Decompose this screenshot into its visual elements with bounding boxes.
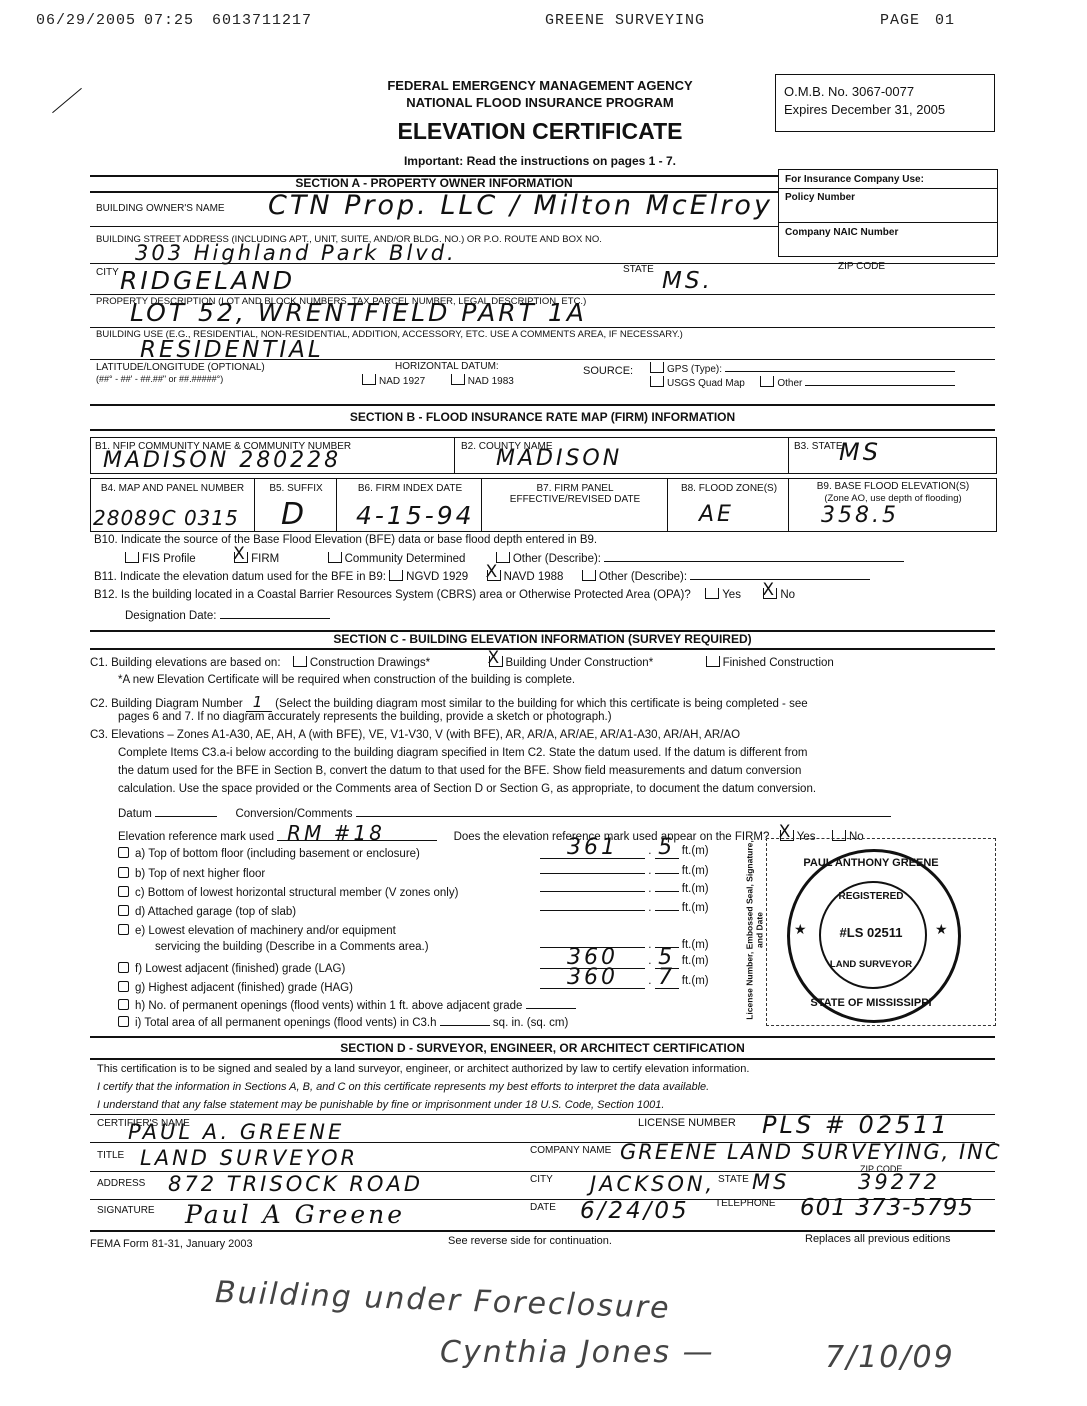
omb-number: O.M.B. No. 3067-0077 [784, 84, 914, 99]
usgs-checkbox[interactable] [650, 376, 664, 387]
horizontal-datum-label: HORIZONTAL DATUM: [395, 361, 499, 372]
seal-box: PAUL ANTHONY GREENE REGISTERED #LS 02511… [766, 838, 996, 1026]
state-field[interactable]: MS. [662, 268, 713, 294]
agency-name: FEDERAL EMERGENCY MANAGEMENT AGENCY [340, 78, 740, 93]
fax-sender: GREENE SURVEYING [545, 12, 705, 29]
navd1988-checkbox[interactable] [487, 570, 501, 581]
foreclosure-note: Building under Foreclosure [215, 1275, 672, 1326]
b4-field[interactable]: 28089C 0315 [93, 506, 239, 530]
zip-field-d[interactable]: 39272 [858, 1170, 940, 1194]
b10-other-label: Other (Describe): [513, 553, 601, 565]
b7-label: B7. FIRM PANEL EFFECTIVE/REVISED DATE [485, 483, 665, 505]
section-a-title: SECTION A - PROPERTY OWNER INFORMATION [90, 176, 778, 190]
erm-label: Elevation reference mark used [118, 831, 274, 843]
date-field[interactable]: 6/24/05 [580, 1198, 690, 1224]
cbrs-no-checkbox[interactable] [763, 588, 777, 599]
unit-a: ft.(m) [682, 845, 709, 857]
b9-label: B9. BASE FLOOD ELEVATION(S) [791, 481, 995, 492]
c2-instructions-2: pages 6 and 7. If no diagram accurately … [118, 711, 612, 723]
conversion-label: Conversion/Comments [235, 808, 352, 820]
designation-field[interactable] [220, 618, 330, 619]
policy-number-label: Policy Number [785, 192, 855, 203]
elev-d-decimal[interactable] [655, 898, 679, 911]
fax-phone: 6013711217 [212, 12, 312, 29]
seal-outer-top: PAUL ANTHONY GREENE [787, 857, 955, 869]
b6-label: B6. FIRM INDEX DATE [343, 483, 477, 494]
item-d-checkbox[interactable] [118, 905, 129, 916]
b3-label: B3. STATE [794, 441, 843, 452]
designation-label: Designation Date: [125, 610, 216, 622]
replaces-note: Replaces all previous editions [805, 1233, 951, 1245]
usgs-option: USGS Quad Map Other [650, 376, 955, 389]
address-field-d[interactable]: 872 TRISOCK ROAD [168, 1172, 423, 1196]
certification-p1: This certification is to be signed and s… [97, 1063, 749, 1075]
instructions-note: Important: Read the instructions on page… [340, 154, 740, 168]
usgs-label: USGS Quad Map [667, 378, 745, 389]
b8-field[interactable]: AE [699, 502, 734, 527]
section-b-title: SECTION B - FLOOD INSURANCE RATE MAP (FI… [90, 410, 995, 424]
c3-line-2: Complete Items C3.a-i below according to… [118, 747, 808, 759]
b8-label: B8. FLOOD ZONE(S) [673, 483, 785, 494]
insurance-use-box: For Insurance Company Use: Policy Number… [778, 169, 998, 257]
item-f-checkbox[interactable] [118, 962, 129, 973]
elev-a-whole[interactable]: 361 [540, 838, 645, 859]
state-field-d[interactable]: MS [752, 1170, 789, 1194]
b4-label: B4. MAP AND PANEL NUMBER [95, 483, 250, 494]
section-c-title: SECTION C - BUILDING ELEVATION INFORMATI… [90, 632, 995, 646]
section-d-title: SECTION D - SURVEYOR, ENGINEER, OR ARCHI… [90, 1041, 995, 1055]
program-name: NATIONAL FLOOD INSURANCE PROGRAM [340, 95, 740, 110]
source-label: SOURCE: [583, 365, 633, 377]
b4-b9-row: B4. MAP AND PANEL NUMBER 28089C 0315 B5.… [90, 478, 997, 532]
finished-construction-checkbox[interactable] [706, 656, 720, 667]
c3-item-g: g) Highest adjacent (finished) grade (HA… [118, 981, 353, 994]
seal-outer-bottom: STATE OF MISSISSIPPI [787, 997, 955, 1009]
city-label: CITY [96, 267, 119, 278]
c3-line-3: the datum used for the BFE in Section B,… [118, 765, 801, 777]
elev-d-whole[interactable] [540, 898, 645, 911]
elevation-values: 361 . 5 ft.(m) . ft.(m) . ft.(m) . ft.(m… [540, 838, 730, 998]
datum-label: Datum [118, 808, 152, 820]
b9-field[interactable]: 358.5 [821, 503, 899, 528]
construction-drawings-checkbox[interactable] [293, 656, 307, 667]
fis-profile-label: FIS Profile [142, 553, 196, 565]
cbrs-yes-label: Yes [722, 589, 741, 601]
state-label-d: STATE [718, 1174, 749, 1185]
certifier-field[interactable]: PAUL A. GREENE [128, 1120, 344, 1144]
c3-item-d: d) Attached garage (top of slab) [118, 905, 296, 918]
nad1983-checkbox[interactable] [451, 374, 465, 385]
nad1927-checkbox[interactable] [362, 374, 376, 385]
navd1988-label: NAVD 1988 [504, 571, 564, 583]
owner-field[interactable]: CTN Prop. LLC / Milton McElroy [268, 190, 773, 221]
b11-other-checkbox[interactable] [582, 570, 596, 581]
form-number: FEMA Form 81-31, January 2003 [90, 1238, 253, 1250]
omb-box: O.M.B. No. 3067-0077 Expires December 31… [775, 74, 995, 132]
c3-item-e: e) Lowest elevation of machinery and/or … [118, 924, 396, 937]
c3-line-1: C3. Elevations – Zones A1-A30, AE, AH, A… [90, 729, 740, 741]
fax-page-number: 01 [935, 12, 955, 29]
community-determined-label: Community Determined [345, 553, 466, 565]
fax-date: 06/29/2005 [36, 12, 136, 29]
unit-b: ft.(m) [682, 865, 709, 877]
unit-c: ft.(m) [682, 883, 709, 895]
latlong-format: (##° - ##' - ##.##" or ##.#####°) [96, 374, 223, 384]
unit-g: ft.(m) [682, 975, 709, 987]
telephone-field[interactable]: 601 373-5795 [800, 1195, 974, 1221]
c2-instructions: (Select the building diagram most simila… [275, 698, 807, 710]
b2-field[interactable]: MADISON [496, 446, 622, 471]
item-g-checkbox[interactable] [118, 981, 129, 992]
company-field[interactable]: GREENE LAND SURVEYING, INC [620, 1140, 1002, 1164]
designation-row: Designation Date: [125, 610, 330, 622]
cbrs-yes-checkbox[interactable] [705, 588, 719, 599]
under-construction-label: Building Under Construction* [506, 657, 654, 669]
c1-question: C1. Building elevations are based on: [90, 657, 281, 669]
certification-p3: I understand that any false statement ma… [97, 1099, 664, 1111]
community-determined-checkbox[interactable] [328, 552, 342, 563]
item-c-checkbox[interactable] [118, 886, 129, 897]
omb-expires: Expires December 31, 2005 [784, 102, 945, 117]
company-label: COMPANY NAME [530, 1145, 611, 1156]
item-g-label: g) Highest adjacent (finished) grade (HA… [135, 982, 353, 994]
ngvd1929-label: NGVD 1929 [406, 571, 468, 583]
c1-row: C1. Building elevations are based on: Co… [90, 656, 834, 669]
elev-c-whole[interactable] [540, 879, 645, 892]
fis-profile-checkbox[interactable] [125, 552, 139, 563]
seal-side-label: License Number, Embossed Seal, Signature… [745, 838, 765, 1023]
signature-field[interactable]: Paul A Greene [185, 1200, 405, 1229]
stray-mark [52, 88, 82, 113]
city-field[interactable]: RIDGELAND [120, 266, 295, 295]
b11-question: B11. Indicate the elevation datum used f… [94, 571, 386, 583]
b5-label: B5. SUFFIX [259, 483, 333, 494]
license-label: LICENSE NUMBER [638, 1117, 736, 1129]
b10-options: FIS Profile FIRM Community Determined Ot… [125, 552, 904, 565]
signature-label: SIGNATURE [97, 1205, 155, 1216]
zip-label: ZIP CODE [838, 261, 885, 272]
item-i-unit: sq. in. (sq. cm) [493, 1017, 568, 1029]
c2-field[interactable]: 1 [246, 693, 272, 712]
under-construction-checkbox[interactable] [489, 656, 503, 667]
b3-field[interactable]: MS [839, 438, 881, 466]
datum-field[interactable] [155, 816, 217, 817]
form-title: ELEVATION CERTIFICATE [340, 118, 740, 145]
erm-field[interactable]: RM #18 [277, 826, 437, 841]
date-label: DATE [530, 1202, 556, 1213]
b10-other-checkbox[interactable] [496, 552, 510, 563]
datum-row: Datum Conversion/Comments [118, 808, 891, 820]
b12-question: B12. Is the building located in a Coasta… [94, 589, 691, 601]
gps-option: GPS (Type): [650, 362, 955, 375]
property-field[interactable]: LOT 52, WRENTFIELD PART 1A [130, 298, 587, 327]
c3-item-a: a) Top of bottom floor (including baseme… [118, 847, 420, 860]
item-b-checkbox[interactable] [118, 867, 129, 878]
annotation-date: 7/10/09 [825, 1340, 955, 1375]
elev-a-decimal[interactable]: 5 [655, 838, 679, 859]
unit-f: ft.(m) [682, 955, 709, 967]
item-d-label: d) Attached garage (top of slab) [135, 906, 296, 918]
owner-label: BUILDING OWNER'S NAME [96, 203, 225, 214]
insurance-use-label: For Insurance Company Use: [785, 174, 924, 185]
finished-construction-label: Finished Construction [723, 657, 834, 669]
b5-field[interactable]: D [281, 497, 307, 532]
b1-b3-row: B1. NFIP COMMUNITY NAME & COMMUNITY NUMB… [90, 437, 997, 474]
item-i-field[interactable] [440, 1025, 490, 1026]
item-e-label: e) Lowest elevation of machinery and/or … [135, 925, 396, 937]
elev-c-decimal[interactable] [655, 879, 679, 892]
item-b-label: b) Top of next higher floor [135, 868, 265, 880]
c3-item-b: b) Top of next higher floor [118, 867, 265, 880]
b12-row: B12. Is the building located in a Coasta… [94, 588, 795, 601]
c2-row: C2. Building Diagram Number 1 (Select th… [90, 693, 808, 712]
firm-label: FIRM [251, 553, 279, 565]
fax-time: 07:25 [144, 12, 194, 29]
certification-p2: I certify that the information in Sectio… [97, 1081, 709, 1093]
address-label-d: ADDRESS [97, 1178, 145, 1189]
item-c-label: c) Bottom of lowest horizontal structura… [135, 887, 458, 899]
continuation-note: See reverse side for continuation. [448, 1235, 612, 1247]
c3-item-e-cont: servicing the building (Describe in a Co… [155, 941, 429, 953]
item-a-label: a) Top of bottom floor (including baseme… [135, 848, 420, 860]
telephone-label: TELEPHONE [715, 1198, 776, 1209]
nad1927-label: NAD 1927 [379, 376, 425, 387]
title-field[interactable]: LAND SURVEYOR [140, 1146, 358, 1170]
elev-b-whole[interactable] [540, 861, 645, 874]
elev-b-decimal[interactable] [655, 861, 679, 874]
c3-item-i: i) Total area of all permanent openings … [118, 1016, 568, 1029]
item-h-checkbox[interactable] [118, 999, 129, 1010]
b11-row: B11. Indicate the elevation datum used f… [94, 570, 870, 583]
fax-page-label: PAGE [880, 12, 920, 29]
latlong-label: LATITUDE/LONGITUDE (OPTIONAL) [96, 362, 265, 373]
item-i-checkbox[interactable] [118, 1016, 129, 1027]
item-h-label: h) No. of permanent openings (flood vent… [135, 1000, 522, 1012]
cbrs-no-label: No [780, 589, 795, 601]
c3-line-4: calculation. Use the space provided or t… [118, 783, 816, 795]
firm-checkbox[interactable] [234, 552, 248, 563]
b1-field[interactable]: MADISON 280228 [103, 448, 341, 473]
gps-label: GPS (Type): [667, 364, 722, 375]
item-i-label: i) Total area of all permanent openings … [135, 1017, 437, 1029]
item-h-field[interactable] [526, 1008, 576, 1009]
gps-checkbox[interactable] [650, 362, 664, 373]
other-source-label: Other [777, 378, 802, 389]
state-label: STATE [623, 264, 654, 275]
title-label: TITLE [97, 1150, 124, 1161]
c1-note: *A new Elevation Certificate will be req… [118, 674, 575, 686]
city-field-d[interactable]: JACKSON, [590, 1172, 715, 1196]
seal-number: #LS 02511 [819, 925, 923, 940]
unit-d: ft.(m) [682, 902, 709, 914]
other-source-checkbox[interactable] [760, 376, 774, 387]
c2-label: C2. Building Diagram Number [90, 698, 243, 710]
elev-g-whole[interactable]: 360 [540, 968, 645, 989]
seal-side-label-wrap: License Number, Embossed Seal, Signature… [732, 840, 766, 1025]
city-label-d: CITY [530, 1174, 553, 1185]
construction-drawings-label: Construction Drawings* [310, 657, 430, 669]
item-f-label: f) Lowest adjacent (finished) grade (LAG… [135, 963, 345, 975]
b10-question: B10. Indicate the source of the Base Flo… [94, 534, 597, 546]
nad1983-label: NAD 1983 [468, 376, 514, 387]
annotation-signature: Cynthia Jones — [440, 1335, 715, 1370]
ngvd1929-checkbox[interactable] [389, 570, 403, 581]
seal-star-left-icon: ★ [794, 921, 807, 938]
b6-field[interactable]: 4-15-94 [356, 501, 475, 530]
elev-g-decimal[interactable]: 7 [655, 968, 679, 989]
nad-options: NAD 1927 NAD 1983 [362, 374, 514, 387]
seal-star-right-icon: ★ [935, 921, 948, 938]
item-a-checkbox[interactable] [118, 847, 129, 858]
c3-item-c: c) Bottom of lowest horizontal structura… [118, 886, 458, 899]
address-field[interactable]: 303 Highland Park Blvd. [135, 241, 457, 265]
naic-label: Company NAIC Number [785, 227, 898, 238]
seal-inner-top: REGISTERED [819, 891, 923, 902]
seal-inner-bottom: LAND SURVEYOR [819, 959, 923, 970]
item-e-checkbox[interactable] [118, 924, 129, 935]
c3-item-f: f) Lowest adjacent (finished) grade (LAG… [118, 962, 345, 975]
c3-item-h: h) No. of permanent openings (flood vent… [118, 999, 576, 1012]
conversion-field[interactable] [356, 816, 891, 817]
license-field[interactable]: PLS # 02511 [762, 1111, 950, 1139]
b11-other-label: Other (Describe): [599, 571, 687, 583]
